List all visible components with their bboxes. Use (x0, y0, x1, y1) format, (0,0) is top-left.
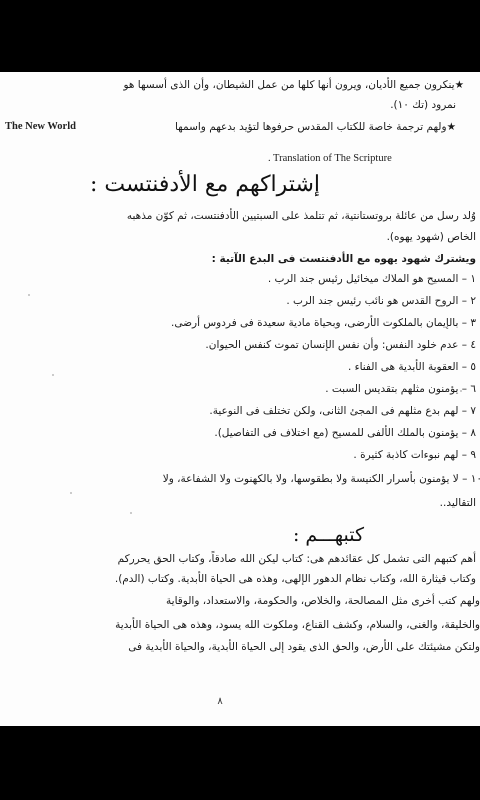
scan-speck (70, 492, 72, 494)
list-item-1: ١ – المسيح هو الملاك ميخائيل رئيس جند ال… (268, 272, 476, 286)
list-item-5: ٥ – العقوبة الأبدية هى الفناء . (348, 360, 476, 374)
document-page[interactable]: ★ينكرون جميع الأديان، ويرون أنها كلها من… (0, 72, 480, 726)
adventist-line-1: وُلد رسل من عائلة بروتستانتية، ثم تتلمذ … (127, 209, 476, 223)
heading-adventist: إشتراكهم مع الأدفنتست : (90, 170, 320, 200)
books-line-3: ولهم كتب أخرى مثل المصالحة، والخلاص، وال… (166, 594, 480, 608)
heading-books: كتبهـــم : (293, 522, 364, 548)
paragraph-1-line-1: ★ينكرون جميع الأديان، ويرون أنها كلها من… (123, 78, 464, 92)
list-item-9: ٩ – لهم نبوءات كاذبة كثيرة . (353, 448, 476, 462)
scan-speck (130, 512, 132, 514)
list-item-4: ٤ – عدم خلود النفس: وأن نفس الإنسان تموت… (205, 338, 476, 352)
books-line-1: أهم كتبهم التى تشمل كل عقائدهم هى: كتاب … (118, 552, 476, 566)
adventist-line-2: الخاص (شهود يهوه). (176, 230, 476, 244)
scan-speck (52, 374, 54, 376)
paragraph-2-line-1-english: The New World (5, 120, 76, 134)
list-item-2: ٢ – الروح القدس هو نائب رئيس جند الرب . (286, 294, 476, 308)
list-item-10: ١٠ – لا يؤمنون بأسرار الكنيسة ولا بطقوسه… (163, 472, 480, 486)
list-item-10-continued: التقاليد.. (440, 496, 476, 510)
paragraph-2-line-2-english: . Translation of The Scripture (268, 152, 392, 166)
list-item-7: ٧ – لهم بدع مثلهم فى المجئ الثانى، ولكن … (209, 404, 476, 418)
list-item-3: ٣ – بالإيمان بالملكوت الأرضى، وبحياة ماد… (171, 316, 476, 330)
scan-speck (28, 294, 30, 296)
books-line-5: ولتكن مشيئتك على الأرض، والحق الذى يقود … (128, 640, 480, 654)
page-number: ٨ (212, 696, 228, 707)
books-line-2: وكتاب قيثارة الله، وكتاب نظام الدهور الإ… (115, 572, 476, 586)
paragraph-1-line-2: نمرود (تك ١٠). (0, 98, 456, 112)
viewer-bottom-bar (0, 726, 480, 800)
paragraph-2-line-1-arabic: ★ولهم ترجمة خاصة للكتاب المقدس حرفوها لت… (170, 120, 456, 134)
adventist-intro: ويشترك شهود يهوه مع الأدفنتست فى البدع ا… (212, 252, 476, 266)
books-line-4: والخليقة، والغنى، والسلام، وكشف القناع، … (115, 618, 480, 632)
list-item-8: ٨ – يؤمنون بالملك الألفى للمسيح (مع اختل… (214, 426, 476, 440)
viewer-top-bar (0, 0, 480, 72)
scan-speck (460, 390, 462, 392)
list-item-6: ٦ – يؤمنون مثلهم بتقديس السبت . (325, 382, 476, 396)
